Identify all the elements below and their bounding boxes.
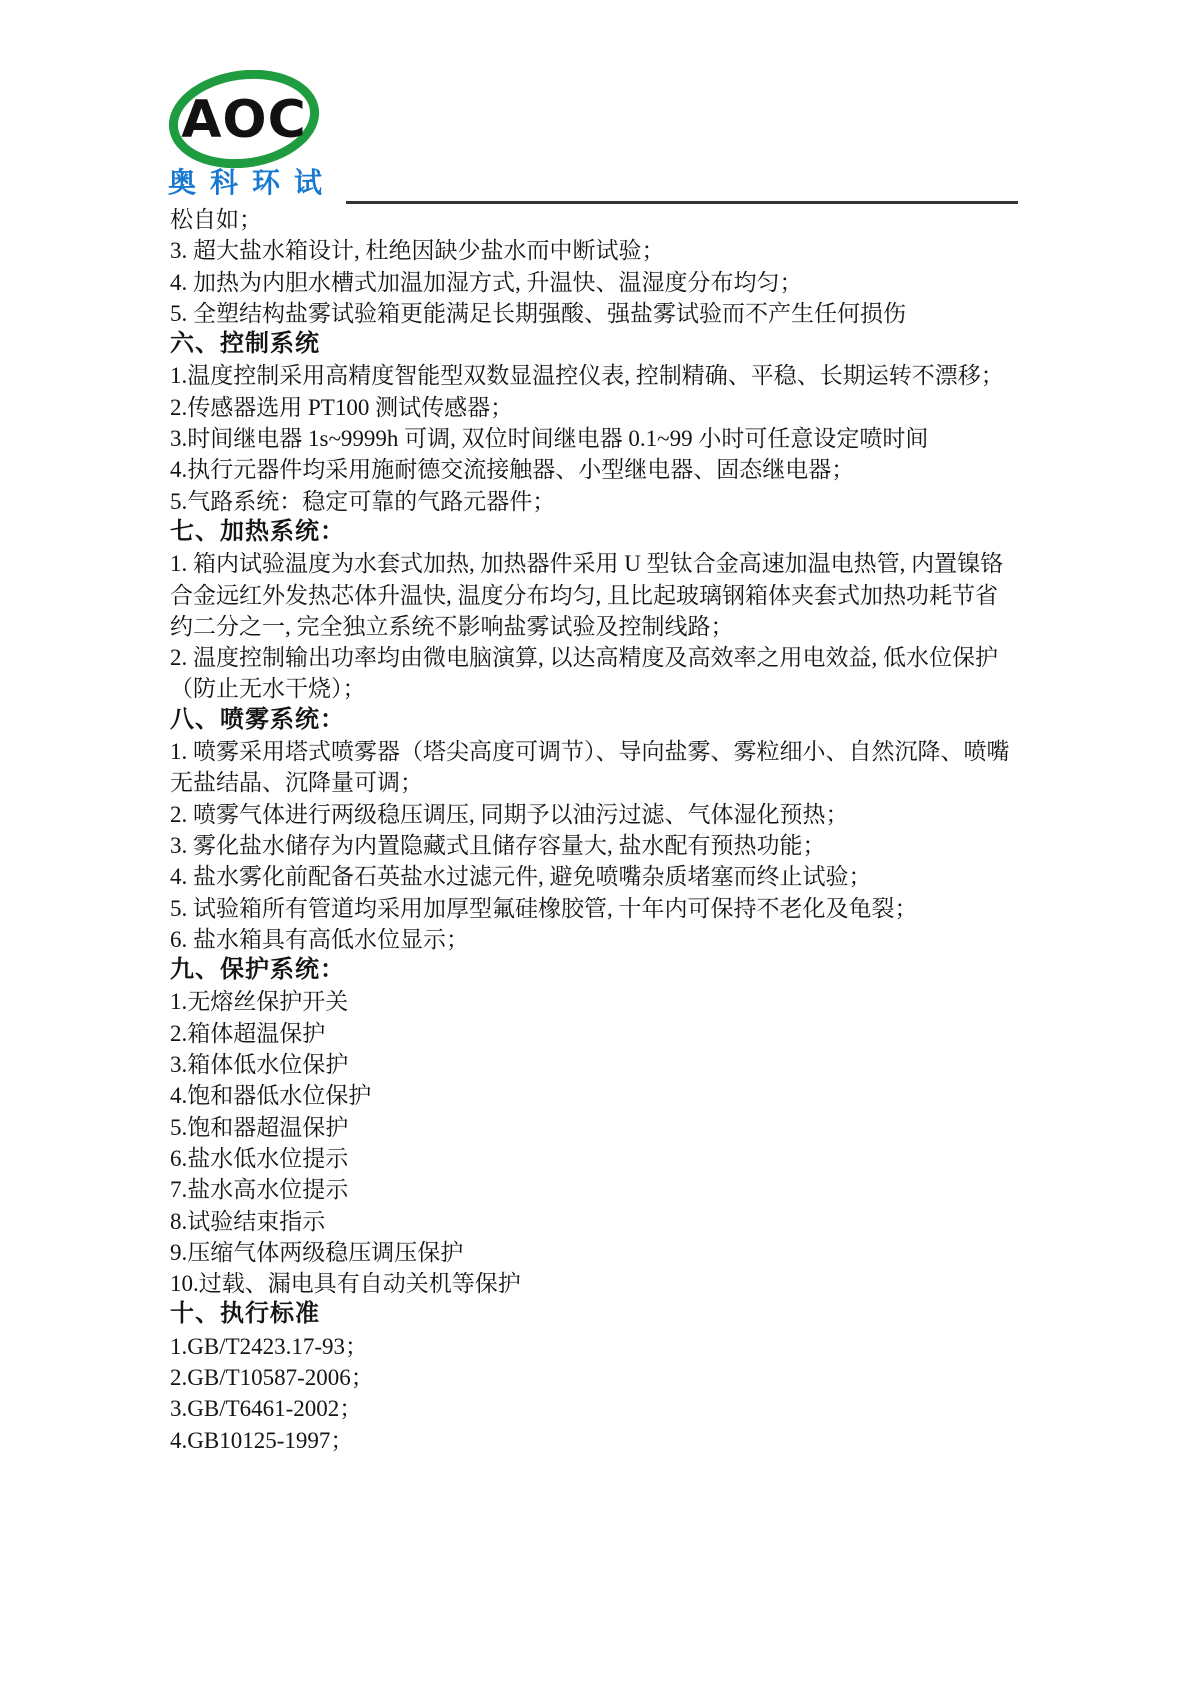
list-item: 1.GB/T2423.17-93； xyxy=(170,1331,1020,1362)
logo-company-name: 奥科环试 xyxy=(166,169,326,197)
list-item: 3.箱体低水位保护 xyxy=(170,1049,1020,1080)
section-heading: 十、执行标准 xyxy=(170,1299,1020,1330)
list-item: 3. 超大盐水箱设计, 杜绝因缺少盐水而中断试验； xyxy=(170,235,1020,266)
list-item: 3. 雾化盐水储存为内置隐藏式且储存容量大, 盐水配有预热功能； xyxy=(170,830,1020,861)
section-continuation: 松自如； 3. 超大盐水箱设计, 杜绝因缺少盐水而中断试验； 4. 加热为内胆水… xyxy=(170,204,1020,329)
list-item: 4.GB10125-1997； xyxy=(170,1425,1020,1456)
list-item: 4. 盐水雾化前配备石英盐水过滤元件, 避免喷嘴杂质堵塞而终止试验； xyxy=(170,861,1020,892)
section-heading: 六、控制系统 xyxy=(170,329,1020,360)
list-item: 松自如； xyxy=(170,204,1020,235)
list-item: 3.时间继电器 1s~9999h 可调, 双位时间继电器 0.1~99 小时可任… xyxy=(170,423,1020,454)
section-standards: 十、执行标准 1.GB/T2423.17-93； 2.GB/T10587-200… xyxy=(170,1299,1020,1455)
list-item: 10.过载、漏电具有自动关机等保护 xyxy=(170,1268,1020,1299)
list-item: 7.盐水高水位提示 xyxy=(170,1174,1020,1205)
list-item: 3.GB/T6461-2002； xyxy=(170,1393,1020,1424)
list-item: 5.饱和器超温保护 xyxy=(170,1112,1020,1143)
list-item: 2.箱体超温保护 xyxy=(170,1018,1020,1049)
list-item: 2. 喷雾气体进行两级稳压调压, 同期予以油污过滤、气体湿化预热； xyxy=(170,799,1020,830)
list-item: 5. 全塑结构盐雾试验箱更能满足长期强酸、强盐雾试验而不产生任何损伤 xyxy=(170,298,1020,329)
list-item: 1.无熔丝保护开关 xyxy=(170,986,1020,1017)
section-heading: 九、保护系统： xyxy=(170,955,1020,986)
section-heading: 七、加热系统： xyxy=(170,517,1020,548)
section-heading: 八、喷雾系统： xyxy=(170,705,1020,736)
section-heating-system: 七、加热系统： 1. 箱内试验温度为水套式加热, 加热器件采用 U 型钛合金高速… xyxy=(170,517,1020,705)
aoc-logo-icon: AOC xyxy=(166,70,322,168)
company-logo: AOC 奥科环试 xyxy=(166,70,326,197)
document-body: 松自如； 3. 超大盐水箱设计, 杜绝因缺少盐水而中断试验； 4. 加热为内胆水… xyxy=(170,204,1020,1456)
list-item: 1. 箱内试验温度为水套式加热, 加热器件采用 U 型钛合金高速加温电热管, 内… xyxy=(170,548,1020,642)
list-item: 1. 喷雾采用塔式喷雾器（塔尖高度可调节）、导向盐雾、雾粒细小、自然沉降、喷嘴无… xyxy=(170,736,1020,799)
list-item: 4. 加热为内胆水槽式加温加湿方式, 升温快、温湿度分布均匀； xyxy=(170,267,1020,298)
section-protection-system: 九、保护系统： 1.无熔丝保护开关 2.箱体超温保护 3.箱体低水位保护 4.饱… xyxy=(170,955,1020,1299)
list-item: 6. 盐水箱具有高低水位显示； xyxy=(170,924,1020,955)
list-item: 4.饱和器低水位保护 xyxy=(170,1080,1020,1111)
list-item: 9.压缩气体两级稳压调压保护 xyxy=(170,1237,1020,1268)
list-item: 8.试验结束指示 xyxy=(170,1206,1020,1237)
list-item: 6.盐水低水位提示 xyxy=(170,1143,1020,1174)
list-item: 1.温度控制采用高精度智能型双数显温控仪表, 控制精确、平稳、长期运转不漂移； xyxy=(170,360,1020,391)
list-item: 5. 试验箱所有管道均采用加厚型氟硅橡胶管, 十年内可保持不老化及龟裂； xyxy=(170,893,1020,924)
list-item: 2.传感器选用 PT100 测试传感器； xyxy=(170,392,1020,423)
document-page: AOC 奥科环试 松自如； 3. 超大盐水箱设计, 杜绝因缺少盐水而中断试验； … xyxy=(0,0,1200,1697)
section-control-system: 六、控制系统 1.温度控制采用高精度智能型双数显温控仪表, 控制精确、平稳、长期… xyxy=(170,329,1020,517)
list-item: 5.气路系统：稳定可靠的气路元器件； xyxy=(170,486,1020,517)
section-spray-system: 八、喷雾系统： 1. 喷雾采用塔式喷雾器（塔尖高度可调节）、导向盐雾、雾粒细小、… xyxy=(170,705,1020,955)
list-item: 4.执行元器件均采用施耐德交流接触器、小型继电器、固态继电器； xyxy=(170,454,1020,485)
logo-acronym: AOC xyxy=(181,90,307,150)
list-item: 2. 温度控制输出功率均由微电脑演算, 以达高精度及高效率之用电效益, 低水位保… xyxy=(170,642,1020,705)
list-item: 2.GB/T10587-2006； xyxy=(170,1362,1020,1393)
